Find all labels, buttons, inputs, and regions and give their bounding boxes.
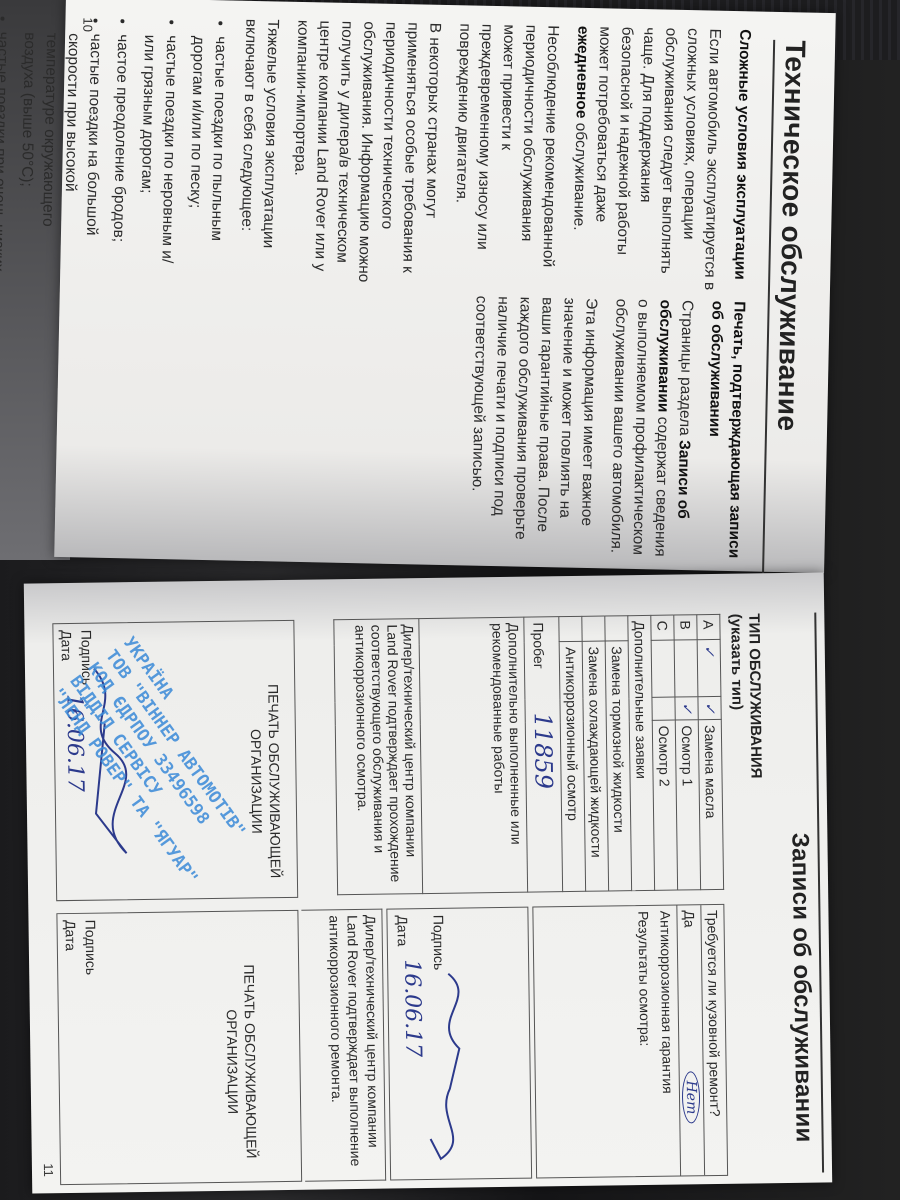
conditions-list: частые поездки по пыльным дорогам и/или … — [0, 10, 232, 281]
service-row-a: A ✓ ✓ Замена масла — [697, 614, 724, 889]
checkbox-c[interactable] — [651, 640, 675, 697]
service-row-b: B ✓ Осмотр 1 — [674, 615, 701, 890]
stamp-confirmation-section: Печать, подтверждающая записи об обслужи… — [456, 295, 749, 563]
additional-work-field[interactable]: Дополнительно выполненные или рекомендов… — [419, 617, 528, 893]
checkbox-inspection-1[interactable]: ✓ — [675, 697, 698, 720]
paragraph: В некоторых странах могут применяться ос… — [286, 20, 445, 285]
option-yes[interactable]: Да — [681, 910, 697, 928]
dealer-confirmation-service: Дилер/технический центр компании Land Ro… — [334, 619, 423, 895]
date-label: Дата — [393, 915, 411, 946]
checkbox-b[interactable] — [674, 640, 698, 697]
list-item: частые поездки при очень низких температ… — [0, 31, 13, 276]
signature-label: Подпись — [81, 920, 100, 976]
stamp-block-1[interactable]: ПЕЧАТЬ ОБСЛУЖИВАЮЩЕЙ ОРГАНИЗАЦИИ Подпись… — [52, 620, 298, 901]
difficult-conditions-section: Сложные условия эксплуатации Если автомо… — [0, 10, 755, 292]
stamp-label: ПЕЧАТЬ ОБСЛУЖИВАЮЩЕЙ ОРГАНИЗАЦИИ — [222, 961, 261, 1161]
page-title: Техническое обслуживание — [768, 40, 811, 571]
service-type-heading: ТИП ОБСЛУЖИВАНИЯ (указать тип) — [726, 613, 766, 883]
paragraph: Тяжелые условия эксплуатации включают в … — [234, 19, 283, 282]
paragraph: Страницы раздела Записи об обслуживании … — [604, 298, 697, 562]
section-heading: Печать, подтверждающая записи об обслужи… — [706, 301, 748, 559]
service-type-table: A ✓ ✓ Замена масла B ✓ Осмотр 1 C Осмотр… — [333, 614, 724, 895]
checkbox-anticorrosion[interactable] — [559, 616, 582, 641]
checkbox-oil-change[interactable]: ✓ — [698, 696, 721, 719]
signature-label: Подпись — [429, 915, 448, 971]
checkbox-inspection-2[interactable] — [652, 697, 675, 720]
stamp-block-2[interactable]: ПЕЧАТЬ ОБСЛУЖИВАЮЩЕЙ ОРГАНИЗАЦИИ Подпись… — [56, 910, 302, 1185]
signature-scribble — [418, 968, 481, 1169]
paragraph: Несоблюдение рекомендованной периодичнос… — [448, 23, 563, 287]
date-label: Дата — [61, 920, 79, 951]
section-heading: Сложные условия эксплуатации — [731, 29, 753, 280]
dealer-confirmation-repair: Дилер/технический центр компании Land Ro… — [301, 909, 386, 1182]
checkbox-a[interactable]: ✓ — [697, 639, 721, 696]
stamp-label: ПЕЧАТЬ ОБСЛУЖИВАЮЩЕЙ ОРГАНИЗАЦИИ — [246, 681, 285, 881]
option-no-circled[interactable]: Нет — [682, 1071, 701, 1123]
list-item: частые поездки по неровным и/или грязным… — [133, 35, 182, 280]
page-10: Техническое обслуживание Сложные условия… — [54, 0, 836, 573]
list-item: частое преодоление бродов; — [106, 34, 133, 278]
page-number: 11 — [41, 1163, 56, 1177]
mileage-value: 11859 — [529, 712, 558, 789]
signature-block-2[interactable]: Подпись Дата 16.06.17 — [386, 907, 532, 1181]
paragraph: Если автомобиль эксплуатируется в сложны… — [566, 26, 725, 291]
page-10-sheet: Техническое обслуживание Сложные условия… — [54, 0, 836, 573]
list-item: частые поездки на большой скорости при в… — [13, 32, 106, 278]
checkbox-brake-fluid[interactable] — [605, 616, 628, 641]
body-repair-block: Требуется ли кузовной ремонт? Да Нет Ант… — [532, 904, 728, 1179]
page-title: Записи об обслуживании — [782, 613, 818, 1173]
paragraph: Эта информация имеет важное значение и м… — [464, 296, 601, 561]
page-number: 10 — [80, 17, 95, 32]
checkbox-coolant[interactable] — [582, 616, 605, 641]
date-label: Дата — [57, 630, 75, 661]
list-item: частые поездки по пыльным дорогам и/или … — [182, 36, 231, 281]
service-row-c: C Осмотр 2 — [651, 615, 678, 890]
page-11-sheet: Записи об обслуживании ТИП ОБСЛУЖИВАНИЯ … — [24, 572, 832, 1193]
mileage-field[interactable]: Пробег 11859 — [524, 617, 563, 892]
page-11: Записи об обслуживании ТИП ОБСЛУЖИВАНИЯ … — [24, 572, 832, 1193]
